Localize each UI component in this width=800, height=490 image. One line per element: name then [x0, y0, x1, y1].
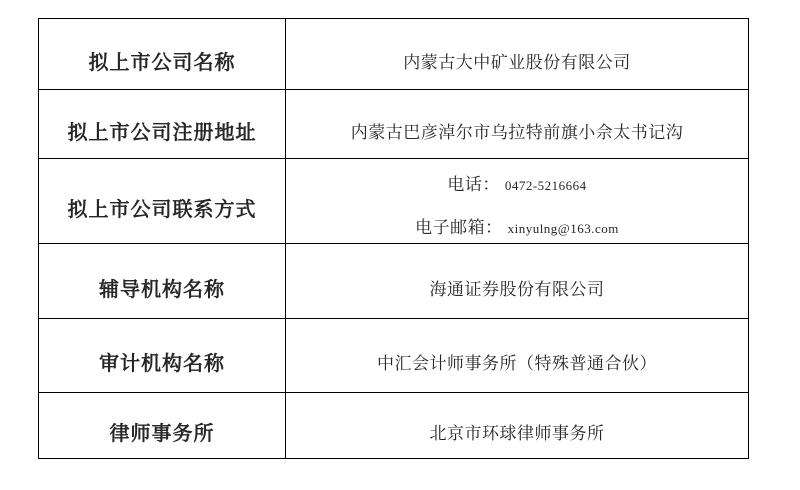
table-row: 拟上市公司注册地址 内蒙古巴彦淖尔市乌拉特前旗小佘太书记沟 [39, 90, 749, 159]
row-value-sponsor-institution: 海通证券股份有限公司 [286, 244, 749, 319]
row-value-contact-info: 电话：0472-5216664 电子邮箱：xinyulng@163.com [286, 159, 749, 244]
row-value-law-firm: 北京市环球律师事务所 [286, 393, 749, 459]
row-label-audit-institution: 审计机构名称 [39, 319, 286, 393]
phone-line: 电话：0472-5216664 [292, 174, 742, 197]
row-label-sponsor-institution: 辅导机构名称 [39, 244, 286, 319]
table-row: 律师事务所 北京市环球律师事务所 [39, 393, 749, 459]
phone-label: 电话： [447, 175, 500, 194]
phone-number: 0472-5216664 [505, 178, 587, 193]
row-value-registered-address: 内蒙古巴彦淖尔市乌拉特前旗小佘太书记沟 [286, 90, 749, 159]
table-row: 辅导机构名称 海通证券股份有限公司 [39, 244, 749, 319]
table-row: 拟上市公司联系方式 电话：0472-5216664 电子邮箱：xinyulng@… [39, 159, 749, 244]
table-row: 审计机构名称 中汇会计师事务所（特殊普通合伙） [39, 319, 749, 393]
row-label-company-name: 拟上市公司名称 [39, 19, 286, 90]
email-address: xinyulng@163.com [508, 221, 619, 236]
document-page: 拟上市公司名称 内蒙古大中矿业股份有限公司 拟上市公司注册地址 内蒙古巴彦淖尔市… [0, 0, 800, 490]
row-value-audit-institution: 中汇会计师事务所（特殊普通合伙） [286, 319, 749, 393]
row-label-law-firm: 律师事务所 [39, 393, 286, 459]
table-row: 拟上市公司名称 内蒙古大中矿业股份有限公司 [39, 19, 749, 90]
info-table-wrapper: 拟上市公司名称 内蒙古大中矿业股份有限公司 拟上市公司注册地址 内蒙古巴彦淖尔市… [38, 18, 749, 459]
row-label-contact-info: 拟上市公司联系方式 [39, 159, 286, 244]
company-info-table: 拟上市公司名称 内蒙古大中矿业股份有限公司 拟上市公司注册地址 内蒙古巴彦淖尔市… [38, 18, 749, 459]
email-label: 电子邮箱： [415, 218, 503, 237]
email-line: 电子邮箱：xinyulng@163.com [292, 217, 742, 240]
row-label-registered-address: 拟上市公司注册地址 [39, 90, 286, 159]
row-value-company-name: 内蒙古大中矿业股份有限公司 [286, 19, 749, 90]
